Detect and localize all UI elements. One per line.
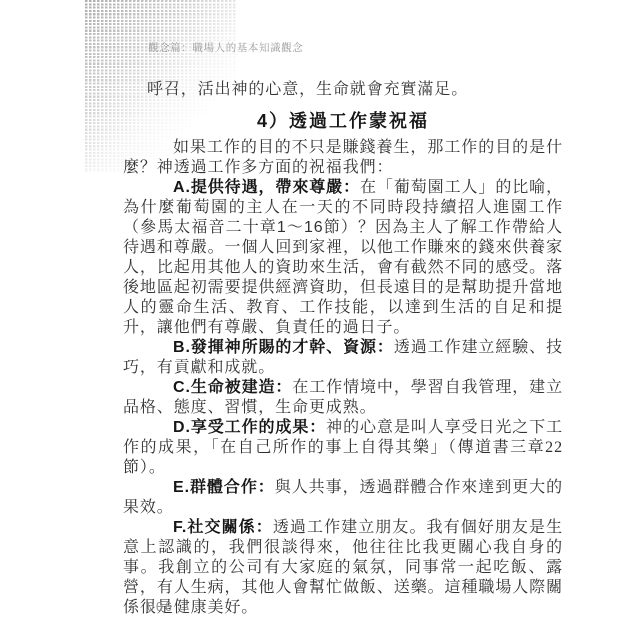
item-label: D.享受工作的成果：: [173, 419, 326, 436]
item-paragraph-d: D.享受工作的成果：神的心意是叫人享受日光之下工作的成果，「在自己所作的事上自得…: [123, 418, 563, 478]
book-page: 觀念篇：職場人的基本知識觀念 呼召，活出神的心意，生命就會充實滿足。 4）透過工…: [0, 0, 640, 640]
item-label: C.生命被建造：: [173, 379, 292, 396]
item-label: A.提供待遇，帶來尊嚴：: [173, 179, 360, 196]
intro-line: 呼召，活出神的心意，生命就會充實滿足。: [123, 80, 563, 100]
item-label: E.群體合作：: [173, 479, 275, 496]
lead-paragraph: 如果工作的目的不只是賺錢養生，那工作的目的是什麼？神透過工作多方面的祝福我們：: [123, 138, 563, 178]
item-paragraph-b: B.發揮神所賜的才幹、資源：透過工作建立經驗、技巧，有貢獻和成就。: [123, 338, 563, 378]
item-paragraph-c: C.生命被建造：在工作情境中，學習自我管理，建立品格、態度、習慣，生命更成熟。: [123, 378, 563, 418]
page-text-block: 呼召，活出神的心意，生命就會充實滿足。 4）透過工作蒙祝福 如果工作的目的不只是…: [123, 80, 563, 618]
item-tail: 。: [149, 459, 166, 476]
running-header: 觀念篇：職場人的基本知識觀念: [148, 40, 303, 55]
item-label: B.發揮神所賜的才幹、資源：: [173, 339, 394, 356]
item-paragraph-e: E.群體合作：與人共事，透過群體合作來達到更大的果效。: [123, 478, 563, 518]
item-paragraph-a: A.提供待遇，帶來尊嚴：在「葡萄園工人」的比喻，為什麼葡萄園的主人在一天的不同時…: [123, 178, 563, 338]
section-heading: 4）透過工作蒙祝福: [123, 109, 563, 133]
item-label: F.社交關係：: [173, 519, 273, 536]
page-number: 006: [147, 600, 174, 614]
item-paragraph-f: F.社交關係：透過工作建立朋友。我有個好朋友是生意上認識的，我們很談得來，他往往…: [123, 518, 563, 618]
item-text: 在「葡萄園工人」的比喻，為什麼葡萄園的主人在一天的不同時段持續招人進園工作（參馬…: [123, 179, 563, 336]
